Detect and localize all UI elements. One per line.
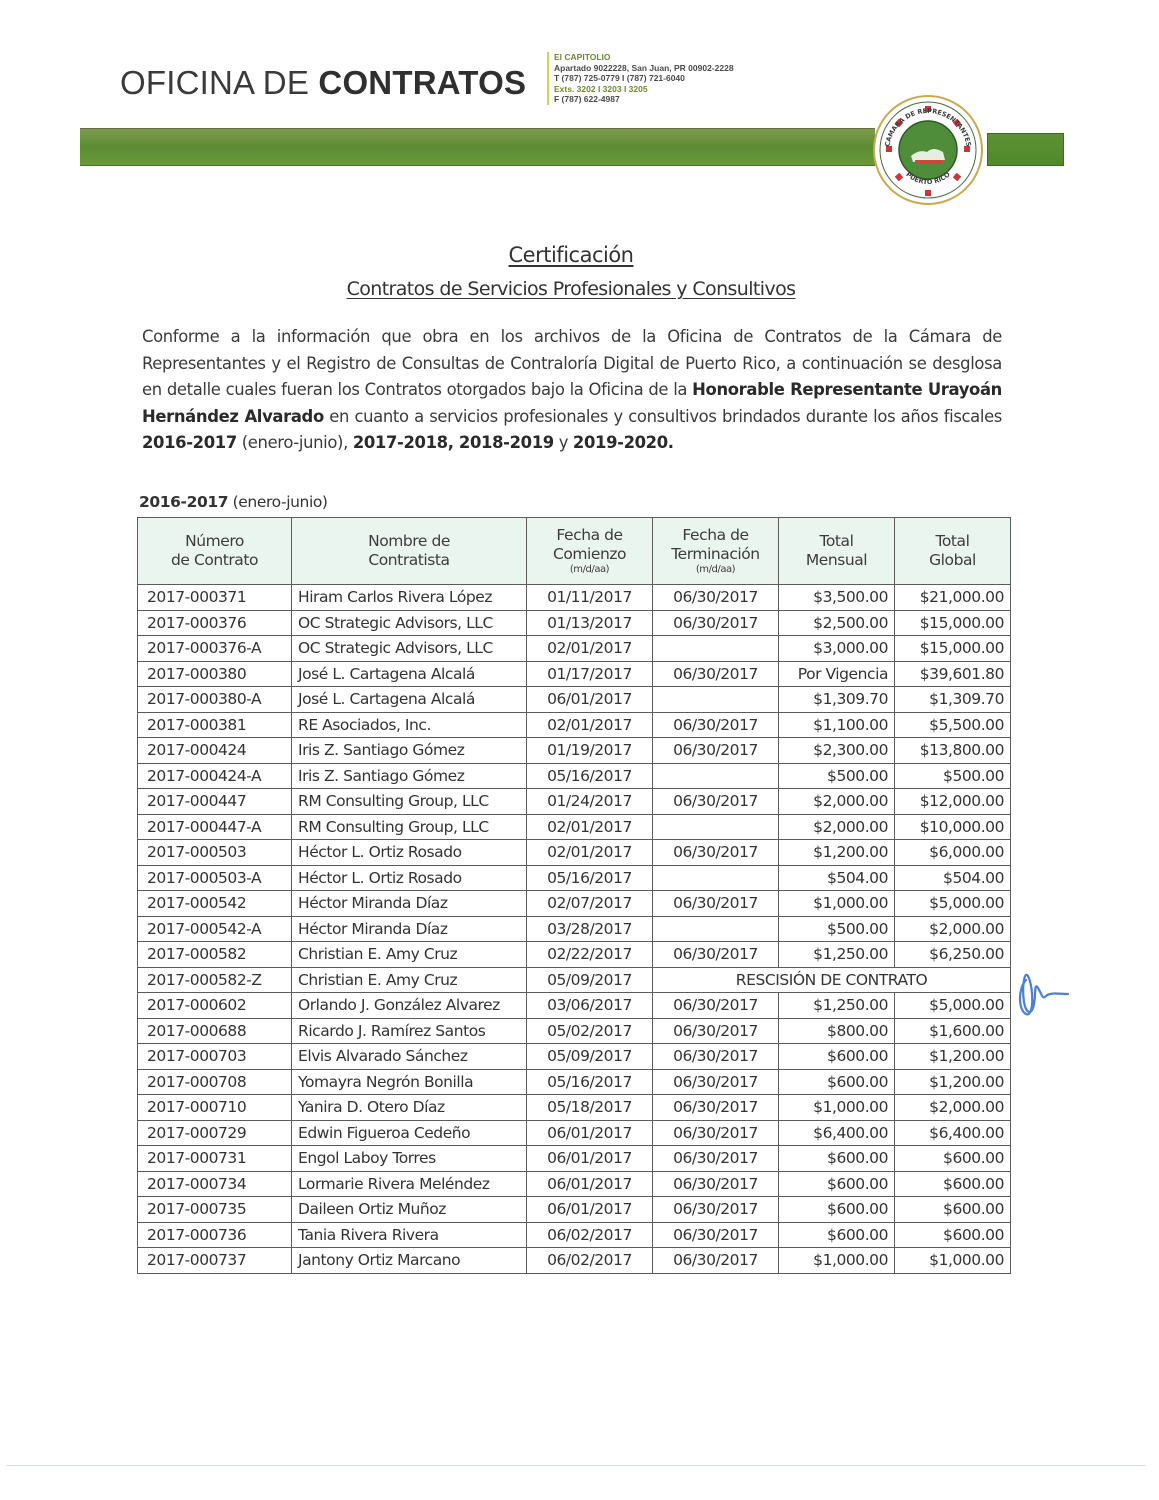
cell-start-date: 06/01/2017 (527, 1197, 653, 1223)
cell-start-date: 05/09/2017 (527, 967, 653, 993)
cell-contract-number: 2017-000376-A (138, 636, 292, 662)
column-header-line1: Total (785, 532, 888, 551)
cell-end-date (653, 865, 779, 891)
cell-end-date: 06/30/2017 (653, 585, 779, 611)
cell-contractor-name: Christian E. Amy Cruz (292, 967, 527, 993)
cell-global-total: $1,600.00 (895, 1018, 1011, 1044)
cell-contract-number: 2017-000602 (138, 993, 292, 1019)
cell-monthly-total: Por Vigencia (779, 661, 895, 687)
cell-end-date: 06/30/2017 (653, 993, 779, 1019)
cell-end-date: 06/30/2017 (653, 661, 779, 687)
cell-start-date: 06/01/2017 (527, 687, 653, 713)
column-header-line2: de Contrato (144, 551, 285, 570)
cell-monthly-total: $500.00 (779, 763, 895, 789)
cell-global-total: $6,000.00 (895, 840, 1011, 866)
cell-rescission-note: RESCISIÓN DE CONTRATO (653, 967, 1011, 993)
cell-global-total: $6,400.00 (895, 1120, 1011, 1146)
contact-address: Apartado 9022228, San Juan, PR 00902-222… (554, 63, 734, 74)
section-fiscal-year: 2016-2017 (139, 493, 228, 511)
cell-monthly-total: $1,309.70 (779, 687, 895, 713)
cell-monthly-total: $504.00 (779, 865, 895, 891)
cell-contract-number: 2017-000380-A (138, 687, 292, 713)
cell-start-date: 01/17/2017 (527, 661, 653, 687)
cell-contract-number: 2017-000688 (138, 1018, 292, 1044)
cell-start-date: 02/01/2017 (527, 840, 653, 866)
cell-start-date: 02/07/2017 (527, 891, 653, 917)
column-header-line1: Total (901, 532, 1004, 551)
letterhead-band-right (987, 133, 1064, 166)
cell-contractor-name: José L. Cartagena Alcalá (292, 687, 527, 713)
cell-contractor-name: Iris Z. Santiago Gómez (292, 738, 527, 764)
intro-connector: y (554, 433, 573, 452)
letterhead-band-left (80, 128, 875, 166)
table-body: 2017-000371Hiram Carlos Rivera López01/1… (138, 585, 1011, 1274)
document-title: Certificación (0, 243, 1142, 267)
cell-contractor-name: Hiram Carlos Rivera López (292, 585, 527, 611)
cell-contract-number: 2017-000447-A (138, 814, 292, 840)
column-header-line2: Global (901, 551, 1004, 570)
table-row: 2017-000424Iris Z. Santiago Gómez01/19/2… (138, 738, 1011, 764)
cell-contractor-name: Héctor L. Ortiz Rosado (292, 840, 527, 866)
cell-start-date: 06/01/2017 (527, 1146, 653, 1172)
house-seal-icon: CAMARA DE REPRESENTANTES PUERTO RICO (871, 94, 985, 206)
signature-initials-icon (1012, 958, 1072, 1028)
cell-start-date: 05/02/2017 (527, 1018, 653, 1044)
cell-end-date: 06/30/2017 (653, 942, 779, 968)
cell-start-date: 01/19/2017 (527, 738, 653, 764)
cell-monthly-total: $1,000.00 (779, 1248, 895, 1274)
table-row: 2017-000731Engol Laboy Torres06/01/20170… (138, 1146, 1011, 1172)
cell-global-total: $500.00 (895, 763, 1011, 789)
cell-monthly-total: $600.00 (779, 1222, 895, 1248)
cell-contractor-name: OC Strategic Advisors, LLC (292, 636, 527, 662)
cell-start-date: 01/11/2017 (527, 585, 653, 611)
cell-contract-number: 2017-000735 (138, 1197, 292, 1223)
column-header-line2: Comienzo (533, 545, 646, 564)
cell-global-total: $2,000.00 (895, 1095, 1011, 1121)
table-row: 2017-000376-AOC Strategic Advisors, LLC0… (138, 636, 1011, 662)
intro-fiscal-year-2: 2017-2018, 2018-2019 (353, 433, 554, 452)
cell-start-date: 05/18/2017 (527, 1095, 653, 1121)
cell-contractor-name: Tania Rivera Rivera (292, 1222, 527, 1248)
cell-end-date (653, 687, 779, 713)
table-row: 2017-000447RM Consulting Group, LLC01/24… (138, 789, 1011, 815)
cell-start-date: 06/02/2017 (527, 1248, 653, 1274)
cell-global-total: $5,000.00 (895, 891, 1011, 917)
column-header-line2: Contratista (298, 551, 520, 570)
table-row: 2017-000424-AIris Z. Santiago Gómez05/16… (138, 763, 1011, 789)
cell-global-total: $6,250.00 (895, 942, 1011, 968)
table-row: 2017-000371Hiram Carlos Rivera López01/1… (138, 585, 1011, 611)
cell-contract-number: 2017-000381 (138, 712, 292, 738)
cell-end-date (653, 916, 779, 942)
cell-end-date: 06/30/2017 (653, 1171, 779, 1197)
cell-global-total: $21,000.00 (895, 585, 1011, 611)
contact-phones: T (787) 725-0779 I (787) 721-6040 (554, 73, 734, 84)
table-row: 2017-000736Tania Rivera Rivera06/02/2017… (138, 1222, 1011, 1248)
cell-monthly-total: $1,250.00 (779, 993, 895, 1019)
cell-start-date: 01/24/2017 (527, 789, 653, 815)
cell-contractor-name: Ricardo J. Ramírez Santos (292, 1018, 527, 1044)
column-header-line2: Mensual (785, 551, 888, 570)
cell-contractor-name: Héctor Miranda Díaz (292, 916, 527, 942)
cell-end-date: 06/30/2017 (653, 1146, 779, 1172)
cell-end-date: 06/30/2017 (653, 840, 779, 866)
cell-contractor-name: Orlando J. González Alvarez (292, 993, 527, 1019)
column-header: TotalMensual (779, 518, 895, 585)
intro-fiscal-year-3: 2019-2020. (573, 433, 674, 452)
cell-contractor-name: Yanira D. Otero Díaz (292, 1095, 527, 1121)
cell-start-date: 05/16/2017 (527, 1069, 653, 1095)
cell-global-total: $600.00 (895, 1222, 1011, 1248)
column-header-line1: Fecha de (659, 526, 772, 545)
cell-start-date: 02/01/2017 (527, 814, 653, 840)
cell-contractor-name: RE Asociados, Inc. (292, 712, 527, 738)
cell-monthly-total: $1,250.00 (779, 942, 895, 968)
cell-end-date: 06/30/2017 (653, 712, 779, 738)
cell-contract-number: 2017-000542-A (138, 916, 292, 942)
cell-contract-number: 2017-000582 (138, 942, 292, 968)
cell-contractor-name: Engol Laboy Torres (292, 1146, 527, 1172)
table-row: 2017-000380José L. Cartagena Alcalá01/17… (138, 661, 1011, 687)
cell-start-date: 02/01/2017 (527, 712, 653, 738)
cell-contract-number: 2017-000424 (138, 738, 292, 764)
cell-monthly-total: $500.00 (779, 916, 895, 942)
cell-global-total: $1,200.00 (895, 1044, 1011, 1070)
column-header-line2: Terminación (659, 545, 772, 564)
cell-contractor-name: Yomayra Negrón Bonilla (292, 1069, 527, 1095)
cell-global-total: $39,601.80 (895, 661, 1011, 687)
cell-global-total: $504.00 (895, 865, 1011, 891)
cell-start-date: 06/02/2017 (527, 1222, 653, 1248)
cell-global-total: $13,800.00 (895, 738, 1011, 764)
table-row: 2017-000503-AHéctor L. Ortiz Rosado05/16… (138, 865, 1011, 891)
table-header-row: Númerode ContratoNombre deContratistaFec… (138, 518, 1011, 585)
intro-text-2: en cuanto a servicios profesionales y co… (324, 407, 1002, 426)
cell-contractor-name: RM Consulting Group, LLC (292, 814, 527, 840)
cell-contractor-name: Héctor Miranda Díaz (292, 891, 527, 917)
cell-monthly-total: $2,000.00 (779, 789, 895, 815)
cell-start-date: 03/28/2017 (527, 916, 653, 942)
cell-contract-number: 2017-000734 (138, 1171, 292, 1197)
table-row: 2017-000737Jantony Ortiz Marcano06/02/20… (138, 1248, 1011, 1274)
cell-end-date (653, 763, 779, 789)
cell-contractor-name: José L. Cartagena Alcalá (292, 661, 527, 687)
cell-global-total: $5,000.00 (895, 993, 1011, 1019)
cell-start-date: 02/22/2017 (527, 942, 653, 968)
cell-global-total: $600.00 (895, 1197, 1011, 1223)
cell-monthly-total: $800.00 (779, 1018, 895, 1044)
office-title: OFICINA DE CONTRATOS (120, 64, 526, 102)
cell-contract-number: 2017-000424-A (138, 763, 292, 789)
cell-contractor-name: Daileen Ortiz Muñoz (292, 1197, 527, 1223)
cell-global-total: $2,000.00 (895, 916, 1011, 942)
cell-end-date (653, 636, 779, 662)
cell-monthly-total: $600.00 (779, 1146, 895, 1172)
cell-end-date: 06/30/2017 (653, 1248, 779, 1274)
table-row: 2017-000542-AHéctor Miranda Díaz03/28/20… (138, 916, 1011, 942)
cell-contract-number: 2017-000736 (138, 1222, 292, 1248)
cell-contract-number: 2017-000708 (138, 1069, 292, 1095)
table-row: 2017-000381RE Asociados, Inc.02/01/20170… (138, 712, 1011, 738)
cell-contractor-name: RM Consulting Group, LLC (292, 789, 527, 815)
column-header: Númerode Contrato (138, 518, 292, 585)
cell-monthly-total: $6,400.00 (779, 1120, 895, 1146)
contact-extensions: Exts. 3202 I 3203 I 3205 (554, 84, 734, 95)
cell-monthly-total: $1,000.00 (779, 1095, 895, 1121)
table-row: 2017-000735Daileen Ortiz Muñoz06/01/2017… (138, 1197, 1011, 1223)
cell-monthly-total: $2,300.00 (779, 738, 895, 764)
cell-end-date: 06/30/2017 (653, 1069, 779, 1095)
cell-monthly-total: $2,500.00 (779, 610, 895, 636)
cell-contract-number: 2017-000737 (138, 1248, 292, 1274)
column-header: Nombre deContratista (292, 518, 527, 585)
table-row: 2017-000703Elvis Alvarado Sánchez05/09/2… (138, 1044, 1011, 1070)
cell-global-total: $1,000.00 (895, 1248, 1011, 1274)
table-row: 2017-000447-ARM Consulting Group, LLC02/… (138, 814, 1011, 840)
cell-global-total: $600.00 (895, 1171, 1011, 1197)
table-row: 2017-000376OC Strategic Advisors, LLC01/… (138, 610, 1011, 636)
cell-contract-number: 2017-000542 (138, 891, 292, 917)
table-row: 2017-000729Edwin Figueroa Cedeño06/01/20… (138, 1120, 1011, 1146)
table-row: 2017-000708Yomayra Negrón Bonilla05/16/2… (138, 1069, 1011, 1095)
cell-contractor-name: Héctor L. Ortiz Rosado (292, 865, 527, 891)
table-row: 2017-000602Orlando J. González Alvarez03… (138, 993, 1011, 1019)
cell-end-date (653, 814, 779, 840)
cell-monthly-total: $600.00 (779, 1069, 895, 1095)
section-label: 2016-2017 (enero-junio) (139, 493, 328, 511)
cell-start-date: 06/01/2017 (527, 1171, 653, 1197)
cell-contract-number: 2017-000582-Z (138, 967, 292, 993)
cell-contractor-name: Jantony Ortiz Marcano (292, 1248, 527, 1274)
column-header: TotalGlobal (895, 518, 1011, 585)
table-row: 2017-000503Héctor L. Ortiz Rosado02/01/2… (138, 840, 1011, 866)
office-title-name: CONTRATOS (318, 64, 526, 101)
column-header-line1: Nombre de (298, 532, 520, 551)
cell-monthly-total: $1,000.00 (779, 891, 895, 917)
cell-monthly-total: $600.00 (779, 1044, 895, 1070)
column-header: Fecha deComienzo(m/d/aa) (527, 518, 653, 585)
cell-global-total: $15,000.00 (895, 610, 1011, 636)
cell-end-date: 06/30/2017 (653, 738, 779, 764)
cell-contractor-name: OC Strategic Advisors, LLC (292, 610, 527, 636)
cell-start-date: 05/09/2017 (527, 1044, 653, 1070)
cell-global-total: $1,309.70 (895, 687, 1011, 713)
cell-contract-number: 2017-000447 (138, 789, 292, 815)
intro-paragraph: Conforme a la información que obra en lo… (142, 324, 1002, 457)
cell-start-date: 05/16/2017 (527, 865, 653, 891)
table-row: 2017-000582-ZChristian E. Amy Cruz05/09/… (138, 967, 1011, 993)
cell-contract-number: 2017-000710 (138, 1095, 292, 1121)
cell-contractor-name: Christian E. Amy Cruz (292, 942, 527, 968)
contact-block: El CAPITOLIO Apartado 9022228, San Juan,… (547, 52, 734, 105)
cell-end-date: 06/30/2017 (653, 1120, 779, 1146)
contact-building: El CAPITOLIO (554, 52, 734, 63)
cell-monthly-total: $600.00 (779, 1171, 895, 1197)
contact-fax: F (787) 622-4987 (554, 94, 734, 105)
intro-fiscal-year-1: 2016-2017 (142, 433, 237, 452)
cell-contractor-name: Elvis Alvarado Sánchez (292, 1044, 527, 1070)
cell-contract-number: 2017-000703 (138, 1044, 292, 1070)
document-subtitle: Contratos de Servicios Profesionales y C… (0, 278, 1142, 300)
cell-end-date: 06/30/2017 (653, 1197, 779, 1223)
cell-monthly-total: $2,000.00 (779, 814, 895, 840)
cell-end-date: 06/30/2017 (653, 1018, 779, 1044)
section-period: (enero-junio) (228, 493, 327, 511)
cell-monthly-total: $600.00 (779, 1197, 895, 1223)
cell-global-total: $600.00 (895, 1146, 1011, 1172)
cell-end-date: 06/30/2017 (653, 789, 779, 815)
cell-end-date: 06/30/2017 (653, 1044, 779, 1070)
cell-contractor-name: Iris Z. Santiago Gómez (292, 763, 527, 789)
cell-monthly-total: $1,200.00 (779, 840, 895, 866)
cell-contract-number: 2017-000503-A (138, 865, 292, 891)
column-header-line1: Fecha de (533, 526, 646, 545)
cell-end-date: 06/30/2017 (653, 1222, 779, 1248)
column-header: Fecha deTerminación(m/d/aa) (653, 518, 779, 585)
cell-end-date: 06/30/2017 (653, 1095, 779, 1121)
table-row: 2017-000542Héctor Miranda Díaz02/07/2017… (138, 891, 1011, 917)
cell-contract-number: 2017-000371 (138, 585, 292, 611)
cell-end-date: 06/30/2017 (653, 891, 779, 917)
column-header-format: (m/d/aa) (533, 564, 646, 576)
table-row: 2017-000380-AJosé L. Cartagena Alcalá06/… (138, 687, 1011, 713)
cell-start-date: 02/01/2017 (527, 636, 653, 662)
cell-contract-number: 2017-000376 (138, 610, 292, 636)
cell-global-total: $12,000.00 (895, 789, 1011, 815)
table-row: 2017-000710Yanira D. Otero Díaz05/18/201… (138, 1095, 1011, 1121)
cell-contract-number: 2017-000731 (138, 1146, 292, 1172)
intro-fiscal-year-1-note: (enero-junio), (237, 433, 353, 452)
scan-artifact-line (6, 1465, 1146, 1466)
cell-contract-number: 2017-000380 (138, 661, 292, 687)
table-row: 2017-000582Christian E. Amy Cruz02/22/20… (138, 942, 1011, 968)
cell-start-date: 01/13/2017 (527, 610, 653, 636)
table-row: 2017-000688Ricardo J. Ramírez Santos05/0… (138, 1018, 1011, 1044)
cell-contract-number: 2017-000503 (138, 840, 292, 866)
cell-contract-number: 2017-000729 (138, 1120, 292, 1146)
cell-global-total: $10,000.00 (895, 814, 1011, 840)
cell-end-date: 06/30/2017 (653, 610, 779, 636)
cell-monthly-total: $1,100.00 (779, 712, 895, 738)
cell-start-date: 06/01/2017 (527, 1120, 653, 1146)
cell-monthly-total: $3,500.00 (779, 585, 895, 611)
contracts-table: Númerode ContratoNombre deContratistaFec… (137, 517, 1011, 1274)
cell-contractor-name: Edwin Figueroa Cedeño (292, 1120, 527, 1146)
cell-start-date: 03/06/2017 (527, 993, 653, 1019)
column-header-line1: Número (144, 532, 285, 551)
office-title-prefix: OFICINA DE (120, 64, 309, 101)
column-header-format: (m/d/aa) (659, 564, 772, 576)
cell-contractor-name: Lormarie Rivera Meléndez (292, 1171, 527, 1197)
cell-start-date: 05/16/2017 (527, 763, 653, 789)
cell-global-total: $5,500.00 (895, 712, 1011, 738)
cell-global-total: $1,200.00 (895, 1069, 1011, 1095)
cell-monthly-total: $3,000.00 (779, 636, 895, 662)
table-row: 2017-000734Lormarie Rivera Meléndez06/01… (138, 1171, 1011, 1197)
cell-global-total: $15,000.00 (895, 636, 1011, 662)
